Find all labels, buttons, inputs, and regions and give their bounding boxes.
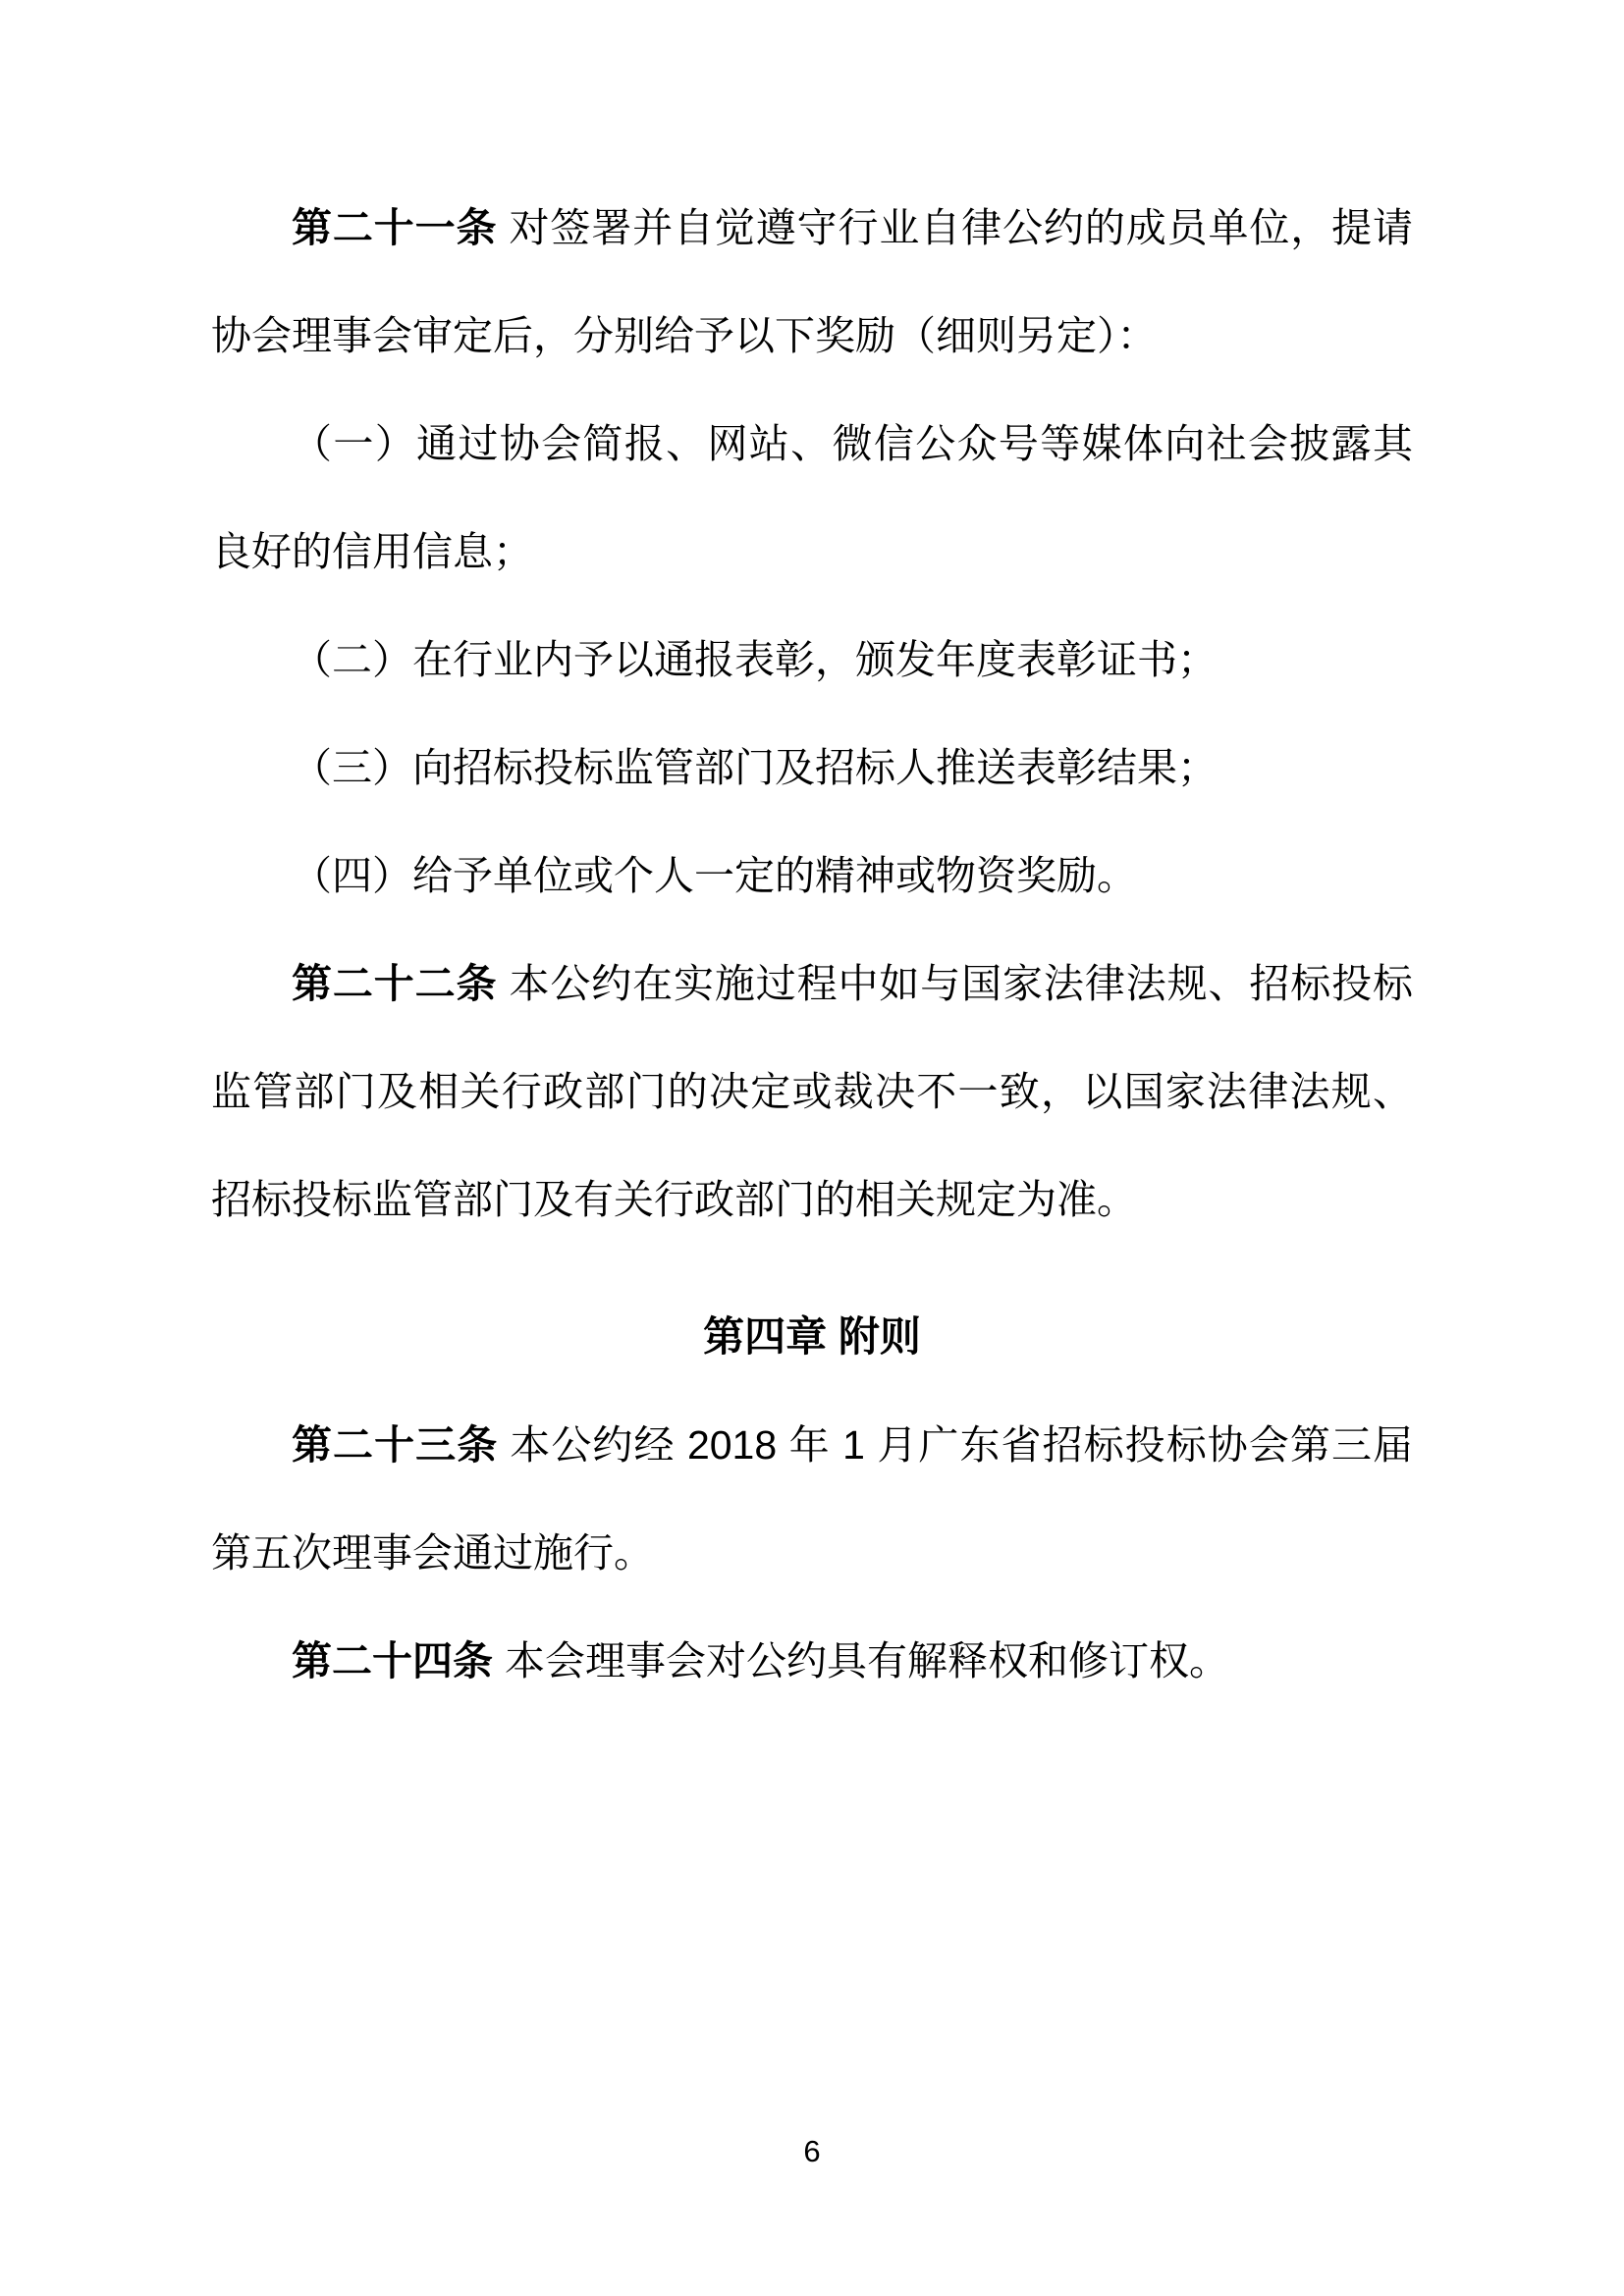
reward-item-2-text: （二）在行业内予以通报表彰，颁发年度表彰证书； [292, 637, 1218, 682]
document-page: 第二十一条对签署并自觉遵守行业自律公约的成员单位，提请协会理事会审定后，分别给予… [0, 0, 1624, 2296]
reward-item-4: （四）给予单位或个人一定的精神或物资奖励。 [211, 822, 1413, 930]
page-number: 6 [0, 2132, 1624, 2171]
article-24-text: 本会理事会对公约具有解释权和修订权。 [505, 1638, 1229, 1683]
article-24-paragraph: 第二十四条本会理事会对公约具有解释权和修订权。 [211, 1607, 1413, 1715]
document-content: 第二十一条对签署并自觉遵守行业自律公约的成员单位，提请协会理事会审定后，分别给予… [211, 174, 1413, 1715]
reward-item-3-text: （三）向招标投标监管部门及招标人推送表彰结果； [292, 745, 1218, 790]
reward-item-1: （一）通过协会简报、网站、微信公众号等媒体向社会披露其良好的信用信息； [211, 390, 1413, 606]
chapter-4-heading: 第四章 附则 [211, 1283, 1413, 1391]
article-24-number: 第二十四条 [292, 1638, 493, 1683]
reward-item-1-text: （一）通过协会简报、网站、微信公众号等媒体向社会披露其良好的信用信息； [211, 421, 1413, 574]
article-21-paragraph: 第二十一条对签署并自觉遵守行业自律公约的成员单位，提请协会理事会审定后，分别给予… [211, 174, 1413, 390]
reward-item-3: （三）向招标投标监管部门及招标人推送表彰结果； [211, 714, 1413, 822]
article-21-number: 第二十一条 [292, 205, 497, 250]
reward-item-2: （二）在行业内予以通报表彰，颁发年度表彰证书； [211, 606, 1413, 714]
article-22-number: 第二十二条 [292, 961, 497, 1006]
article-23-paragraph: 第二十三条本公约经 2018 年 1 月广东省招标投标协会第三届第五次理事会通过… [211, 1391, 1413, 1607]
reward-item-4-text: （四）给予单位或个人一定的精神或物资奖励。 [292, 853, 1137, 898]
article-23-number: 第二十三条 [292, 1422, 498, 1468]
article-22-paragraph: 第二十二条本公约在实施过程中如与国家法律法规、招标投标监管部门及相关行政部门的决… [211, 930, 1413, 1254]
